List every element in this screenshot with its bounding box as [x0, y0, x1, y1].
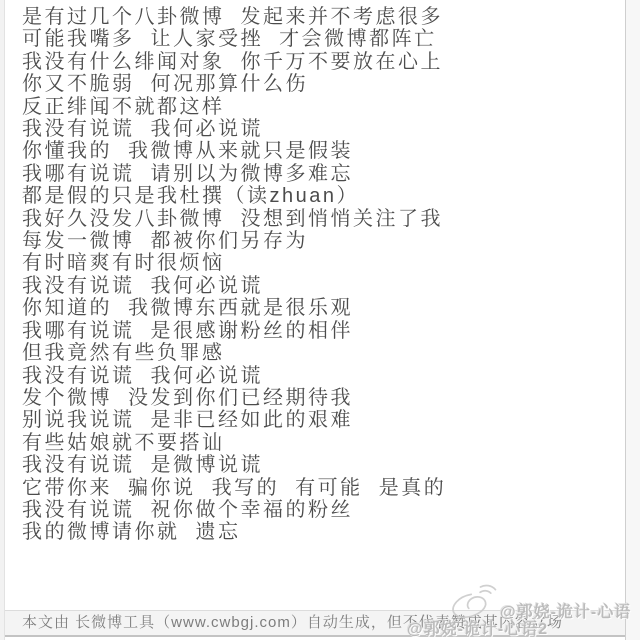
lyric-line: 有时暗爽有时很烦恼 [22, 252, 617, 274]
lyric-line: 我的微博请你就 遗忘 [22, 521, 617, 543]
lyric-line: 是有过几个八卦微博 发起来并不考虑很多 [22, 6, 617, 28]
lyric-line: 我哪有说谎 是很感谢粉丝的相伴 [22, 320, 617, 342]
lyric-line: 每发一微博 都被你们另存为 [22, 230, 617, 252]
lyric-line: 我好久没发八卦微博 没想到悄悄关注了我 [22, 208, 617, 230]
lyric-line: 别说我说谎 是非已经如此的艰难 [22, 409, 617, 431]
long-weibo-card: 是有过几个八卦微博 发起来并不考虑很多 可能我嘴多 让人家受挫 才会微博都阵亡 … [4, 0, 626, 640]
lyric-line: 你又不脆弱 何况那算什么伤 [22, 73, 617, 95]
lyric-line: 你懂我的 我微博从来就只是假装 [22, 140, 617, 162]
lyric-line: 我没有说谎 我何必说谎 [22, 118, 617, 140]
footer-bar: 本文由 长微博工具（www.cwbgj.com）自动生成，但不代表赞成其内容立场 [5, 610, 625, 637]
lyric-line: 但我竟然有些负罪感 [22, 342, 617, 364]
lyric-line: 有些姑娘就不要搭讪 [22, 432, 617, 454]
lyric-line: 我没有说谎 我何必说谎 [22, 365, 617, 387]
lyrics-list: 是有过几个八卦微博 发起来并不考虑很多 可能我嘴多 让人家受挫 才会微博都阵亡 … [5, 0, 625, 544]
lyric-line: 我哪有说谎 请别以为微博多难忘 [22, 163, 617, 185]
page-right-gutter [626, 0, 640, 640]
lyric-line: 我没有说谎 祝你做个幸福的粉丝 [22, 499, 617, 521]
lyric-line: 它带你来 骗你说 我写的 有可能 是真的 [22, 477, 617, 499]
lyric-line: 你知道的 我微博东西就是很乐观 [22, 297, 617, 319]
footer-generator-text: 本文由 长微博工具（www.cwbgj.com）自动生成，但不代表赞成其内容立场 [22, 614, 563, 631]
lyric-line: 发个微博 没发到你们已经期待我 [22, 387, 617, 409]
lyric-line: 可能我嘴多 让人家受挫 才会微博都阵亡 [22, 28, 617, 50]
lyric-line: 我没有说谎 我何必说谎 [22, 275, 617, 297]
lyric-line: 反正绯闻不就都这样 [22, 96, 617, 118]
lyric-line: 我没有什么绯闻对象 你千万不要放在心上 [22, 51, 617, 73]
lyric-line: 都是假的只是我杜撰（读zhuan） [22, 185, 617, 207]
lyric-line: 我没有说谎 是微博说谎 [22, 454, 617, 476]
